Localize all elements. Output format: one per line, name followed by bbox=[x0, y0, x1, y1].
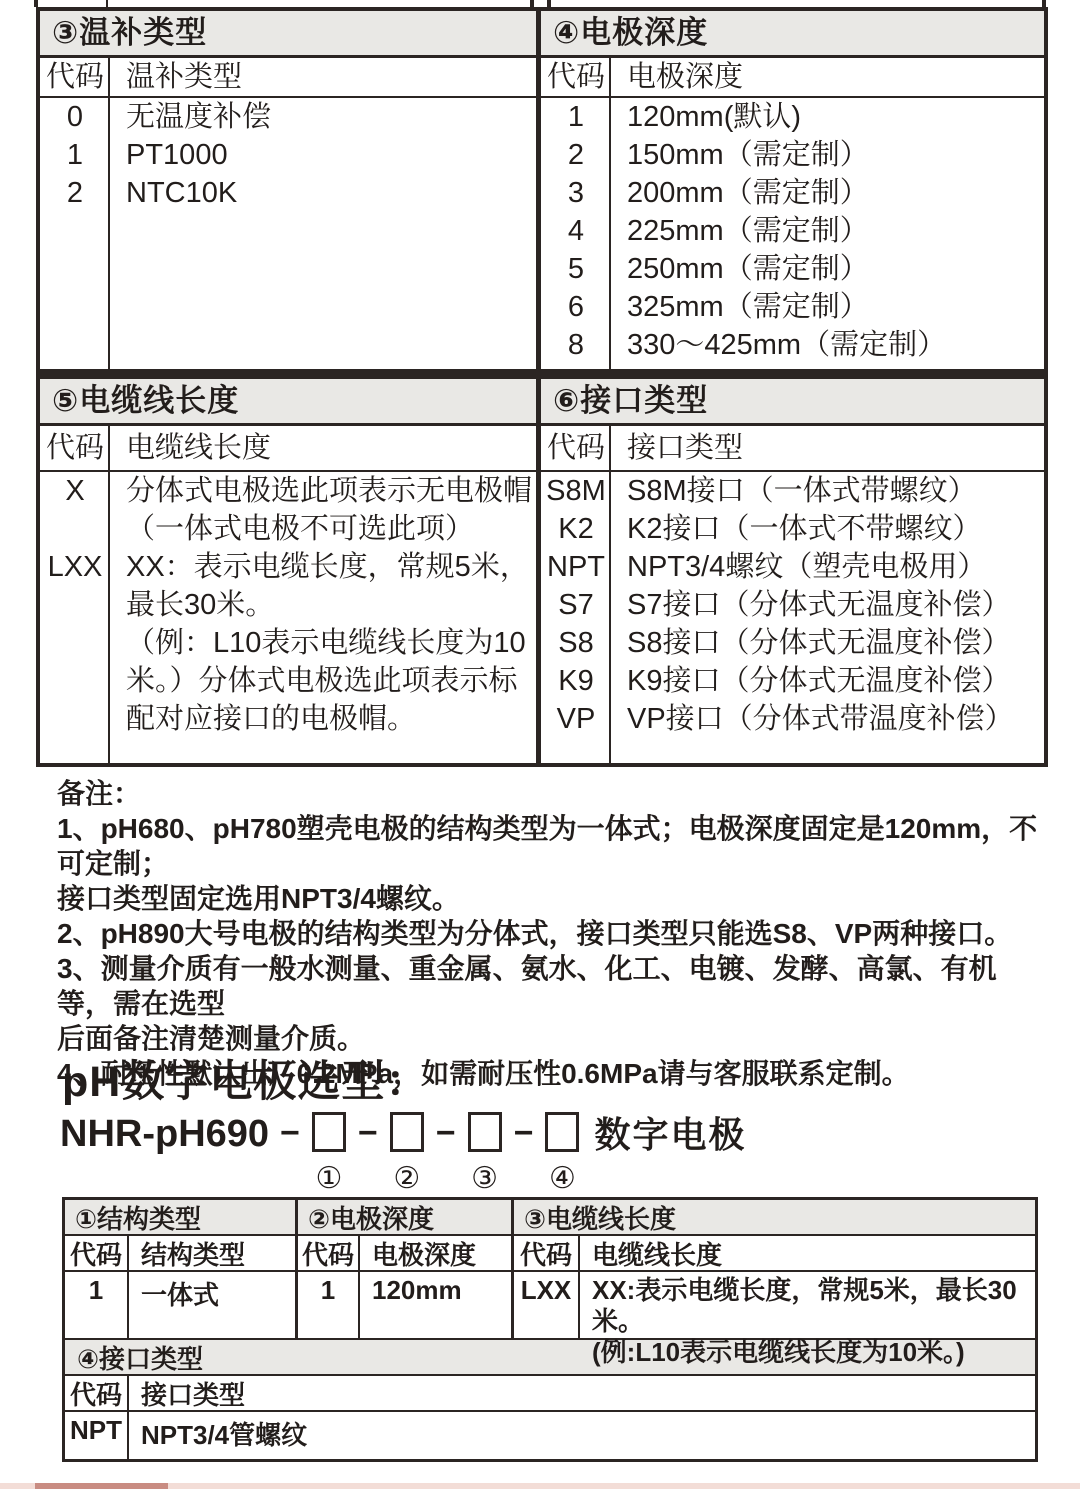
dash-separator: − bbox=[358, 1112, 378, 1154]
table-border-stub bbox=[530, 0, 534, 7]
table-border-stub bbox=[547, 0, 551, 7]
table-header-row: 代码 电极深度 bbox=[541, 58, 1044, 98]
value-cell: VP接口（分体式带温度补偿） bbox=[611, 700, 1044, 738]
code-header: 代码 bbox=[298, 1236, 360, 1270]
value-header: 电极深度 bbox=[360, 1236, 514, 1270]
value-cell: 330～425mm（需定制） bbox=[611, 326, 1044, 364]
slot-number-label: ① bbox=[315, 1164, 342, 1194]
table-row: 米。）分体式电极选此项表示标 bbox=[40, 662, 536, 700]
value-cell: XX：表示电缆长度，常规5米， bbox=[110, 548, 536, 586]
value-cell: 配对应接口的电极帽。 bbox=[110, 700, 536, 738]
code-cell: 0 bbox=[40, 98, 110, 136]
value-line: XX:表示电缆长度，常规5米，最长30米。 bbox=[592, 1275, 1035, 1337]
code-cell: VP bbox=[541, 700, 611, 738]
code-header: 代码 bbox=[40, 58, 110, 96]
table-row: 6 325mm（需定制） bbox=[541, 288, 1044, 326]
table-row: （一体式电极不可选此项） bbox=[40, 510, 536, 548]
code-cell bbox=[40, 510, 110, 548]
table-title: ③温补类型 bbox=[40, 11, 536, 58]
value-cell: XX:表示电缆长度，常规5米，最长30米。 (例:L10表示电缆线长度为10米。… bbox=[580, 1272, 1035, 1338]
value-header: 接口类型 bbox=[611, 426, 1044, 470]
table-row: 1 PT1000 bbox=[40, 136, 536, 174]
value-cell: S8接口（分体式无温度补偿） bbox=[611, 624, 1044, 662]
code-cell: 1 bbox=[298, 1272, 360, 1338]
table-title: ④电极深度 bbox=[541, 11, 1044, 58]
table-row: 0 无温度补偿 bbox=[40, 98, 536, 136]
column-divider bbox=[108, 58, 110, 369]
table-header-row: 代码 电缆线长度 bbox=[40, 426, 536, 472]
code-header: 代码 bbox=[40, 426, 110, 470]
table-row: X 分体式电极选此项表示无电极帽 bbox=[40, 472, 536, 510]
column-header-row: 代码 接口类型 bbox=[65, 1376, 1035, 1412]
code-cell: 1 bbox=[65, 1272, 129, 1338]
code-cell: K9 bbox=[541, 662, 611, 700]
value-cell: 120mm bbox=[360, 1272, 514, 1338]
code-cell: 4 bbox=[541, 212, 611, 250]
value-cell: NPT3/4管螺纹 bbox=[129, 1412, 307, 1459]
column-header-row: 代码 结构类型 代码 电极深度 代码 电缆线长度 bbox=[65, 1236, 1035, 1272]
table-border-stub bbox=[34, 0, 38, 7]
value-cell: 225mm（需定制） bbox=[611, 212, 1044, 250]
value-cell: 分体式电极选此项表示无电极帽 bbox=[110, 472, 536, 510]
model-suffix: 数字电极 bbox=[594, 1112, 746, 1158]
dash-separator: − bbox=[514, 1112, 534, 1154]
model-slot-2: ② bbox=[389, 1112, 425, 1194]
dash-separator: − bbox=[436, 1112, 456, 1154]
value-header: 电缆线长度 bbox=[580, 1236, 1035, 1270]
value-header: 电缆线长度 bbox=[110, 426, 536, 470]
top-table-remnant bbox=[0, 0, 1080, 7]
code-cell bbox=[40, 624, 110, 662]
model-slot-1: ① bbox=[311, 1112, 347, 1194]
code-cell: LXX bbox=[40, 548, 110, 586]
section-title: ④接口类型 bbox=[65, 1340, 203, 1374]
code-cell: S8M bbox=[541, 472, 611, 510]
value-cell: （例：L10表示电缆线长度为10 bbox=[110, 624, 536, 662]
table-title: ⑤电缆线长度 bbox=[40, 379, 536, 426]
table-row: S8M S8M接口（一体式带螺纹） bbox=[541, 472, 1044, 510]
table-row: 配对应接口的电极帽。 bbox=[40, 700, 536, 738]
table-interface-type: ⑥接口类型 代码 接口类型 S8M S8M接口（一体式带螺纹） K2 K2接口（… bbox=[541, 379, 1044, 763]
value-header: 结构类型 bbox=[129, 1236, 298, 1270]
code-cell: 3 bbox=[541, 174, 611, 212]
code-cell: NPT bbox=[541, 548, 611, 586]
selection-title: pH数字电极选型： bbox=[62, 1048, 429, 1109]
table-row: 2 150mm（需定制） bbox=[541, 136, 1044, 174]
code-cell bbox=[40, 662, 110, 700]
value-cell: K9接口（分体式无温度补偿） bbox=[611, 662, 1044, 700]
value-cell: NPT3/4螺纹（塑壳电极用） bbox=[611, 548, 1044, 586]
value-cell: 250mm（需定制） bbox=[611, 250, 1044, 288]
code-cell bbox=[40, 700, 110, 738]
code-cell: K2 bbox=[541, 510, 611, 548]
code-cell: 6 bbox=[541, 288, 611, 326]
code-header: 代码 bbox=[65, 1236, 129, 1270]
value-cell: PT1000 bbox=[110, 136, 536, 174]
code-cell: NPT bbox=[65, 1412, 129, 1459]
column-divider bbox=[609, 426, 611, 763]
code-cell: 2 bbox=[40, 174, 110, 212]
value-cell: 一体式 bbox=[129, 1272, 298, 1338]
table-row: 4 225mm（需定制） bbox=[541, 212, 1044, 250]
model-code-line: NHR-pH690 − ① − ② − ③ − ④ 数字电极 bbox=[60, 1112, 747, 1194]
model-number: NHR-pH690 bbox=[60, 1112, 269, 1156]
section-title: ②电极深度 bbox=[298, 1200, 514, 1234]
table-row: S7 S7接口（分体式无温度补偿） bbox=[541, 586, 1044, 624]
table-border-stub bbox=[106, 0, 108, 7]
value-cell: 无温度补偿 bbox=[110, 98, 536, 136]
data-row: NPT NPT3/4管螺纹 bbox=[65, 1412, 1035, 1459]
value-line: (例:L10表示电缆线长度为10米。) bbox=[592, 1337, 1035, 1368]
code-header: 代码 bbox=[541, 58, 611, 96]
digital-electrode-selection-table: ①结构类型 ②电极深度 ③电缆线长度 代码 结构类型 代码 电极深度 代码 电缆… bbox=[62, 1197, 1038, 1462]
note-line: 2、pH890大号电极的结构类型为分体式，接口类型只能选S8、VP两种接口。 bbox=[57, 916, 1052, 951]
code-cell: LXX bbox=[514, 1272, 580, 1338]
table-row: 5 250mm（需定制） bbox=[541, 250, 1044, 288]
value-header: 接口类型 bbox=[129, 1376, 245, 1410]
code-cell: 2 bbox=[541, 136, 611, 174]
code-cell: 8 bbox=[541, 326, 611, 364]
slot-number-label: ④ bbox=[549, 1164, 576, 1194]
value-cell: S8M接口（一体式带螺纹） bbox=[611, 472, 1044, 510]
option-box bbox=[312, 1112, 346, 1152]
slot-number-label: ② bbox=[393, 1164, 420, 1194]
section-band-row: ①结构类型 ②电极深度 ③电缆线长度 bbox=[65, 1200, 1035, 1236]
page-bottom-accent-bar bbox=[0, 1483, 1080, 1489]
value-cell: K2接口（一体式不带螺纹） bbox=[611, 510, 1044, 548]
table-temp-compensation-type: ③温补类型 代码 温补类型 0 无温度补偿 1 PT1000 2 NTC10K bbox=[40, 11, 541, 369]
table-row: LXX XX：表示电缆长度，常规5米， bbox=[40, 548, 536, 586]
table-row: K9 K9接口（分体式无温度补偿） bbox=[541, 662, 1044, 700]
code-header: 代码 bbox=[541, 426, 611, 470]
value-cell: 120mm(默认) bbox=[611, 98, 1044, 136]
code-cell: X bbox=[40, 472, 110, 510]
value-cell: 150mm（需定制） bbox=[611, 136, 1044, 174]
table-row: K2 K2接口（一体式不带螺纹） bbox=[541, 510, 1044, 548]
section-title: ①结构类型 bbox=[65, 1200, 298, 1234]
slot-number-label: ③ bbox=[471, 1164, 498, 1194]
accent-bar-dark-segment bbox=[35, 1483, 168, 1489]
value-cell: 米。）分体式电极选此项表示标 bbox=[110, 662, 536, 700]
table-title: ⑥接口类型 bbox=[541, 379, 1044, 426]
table-row: 最长30米。 bbox=[40, 586, 536, 624]
code-cell: S8 bbox=[541, 624, 611, 662]
note-line: 3、测量介质有一般水测量、重金属、氨水、化工、电镀、发酵、高氯、有机等，需在选型 bbox=[57, 951, 1052, 1021]
notes-section: 备注： 1、pH680、pH780塑壳电极的结构类型为一体式；电极深度固定是12… bbox=[57, 776, 1052, 1091]
value-cell: S7接口（分体式无温度补偿） bbox=[611, 586, 1044, 624]
value-cell: 325mm（需定制） bbox=[611, 288, 1044, 326]
table-row: NPT NPT3/4螺纹（塑壳电极用） bbox=[541, 548, 1044, 586]
table-row: VP VP接口（分体式带温度补偿） bbox=[541, 700, 1044, 738]
code-cell: S7 bbox=[541, 586, 611, 624]
value-header: 电极深度 bbox=[611, 58, 1044, 96]
notes-title: 备注： bbox=[57, 776, 1052, 811]
table-header-row: 代码 接口类型 bbox=[541, 426, 1044, 472]
table-row: 2 NTC10K bbox=[40, 174, 536, 212]
code-header: 代码 bbox=[65, 1376, 129, 1410]
value-header: 温补类型 bbox=[110, 58, 536, 96]
model-slot-4: ④ bbox=[544, 1112, 580, 1194]
table-row: 3 200mm（需定制） bbox=[541, 174, 1044, 212]
table-pair-lower: ⑤电缆线长度 代码 电缆线长度 X 分体式电极选此项表示无电极帽 （一体式电极不… bbox=[36, 374, 1048, 767]
code-cell bbox=[40, 586, 110, 624]
value-cell: NTC10K bbox=[110, 174, 536, 212]
value-cell: 200mm（需定制） bbox=[611, 174, 1044, 212]
table-row: S8 S8接口（分体式无温度补偿） bbox=[541, 624, 1044, 662]
table-border-stub bbox=[1042, 0, 1046, 7]
table-pair-upper: ③温补类型 代码 温补类型 0 无温度补偿 1 PT1000 2 NTC10K bbox=[36, 7, 1048, 374]
table-row: 1 120mm(默认) bbox=[541, 98, 1044, 136]
option-box bbox=[468, 1112, 502, 1152]
data-row: 1 一体式 1 120mm LXX XX:表示电缆长度，常规5米，最长30米。 … bbox=[65, 1272, 1035, 1340]
code-cell: 1 bbox=[40, 136, 110, 174]
value-cell: （一体式电极不可选此项） bbox=[110, 510, 536, 548]
table-row: 8 330～425mm（需定制） bbox=[541, 326, 1044, 364]
table-header-row: 代码 温补类型 bbox=[40, 58, 536, 98]
note-line: 接口类型固定选用NPT3/4螺纹。 bbox=[57, 881, 1052, 916]
spec-tables: ③温补类型 代码 温补类型 0 无温度补偿 1 PT1000 2 NTC10K bbox=[36, 7, 1048, 767]
code-header: 代码 bbox=[514, 1236, 580, 1270]
table-cable-length: ⑤电缆线长度 代码 电缆线长度 X 分体式电极选此项表示无电极帽 （一体式电极不… bbox=[40, 379, 541, 763]
dash-separator: − bbox=[280, 1112, 300, 1154]
table-electrode-depth: ④电极深度 代码 电极深度 1 120mm(默认) 2 150mm（需定制） 3 bbox=[541, 11, 1044, 369]
option-box bbox=[545, 1112, 579, 1152]
note-line: 1、pH680、pH780塑壳电极的结构类型为一体式；电极深度固定是120mm，… bbox=[57, 811, 1052, 881]
column-divider bbox=[108, 426, 110, 763]
section-title: ③电缆线长度 bbox=[514, 1200, 1035, 1234]
code-cell: 5 bbox=[541, 250, 611, 288]
model-slot-3: ③ bbox=[467, 1112, 503, 1194]
option-box bbox=[390, 1112, 424, 1152]
column-divider bbox=[609, 58, 611, 369]
code-cell: 1 bbox=[541, 98, 611, 136]
table-row: （例：L10表示电缆线长度为10 bbox=[40, 624, 536, 662]
value-cell: 最长30米。 bbox=[110, 586, 536, 624]
